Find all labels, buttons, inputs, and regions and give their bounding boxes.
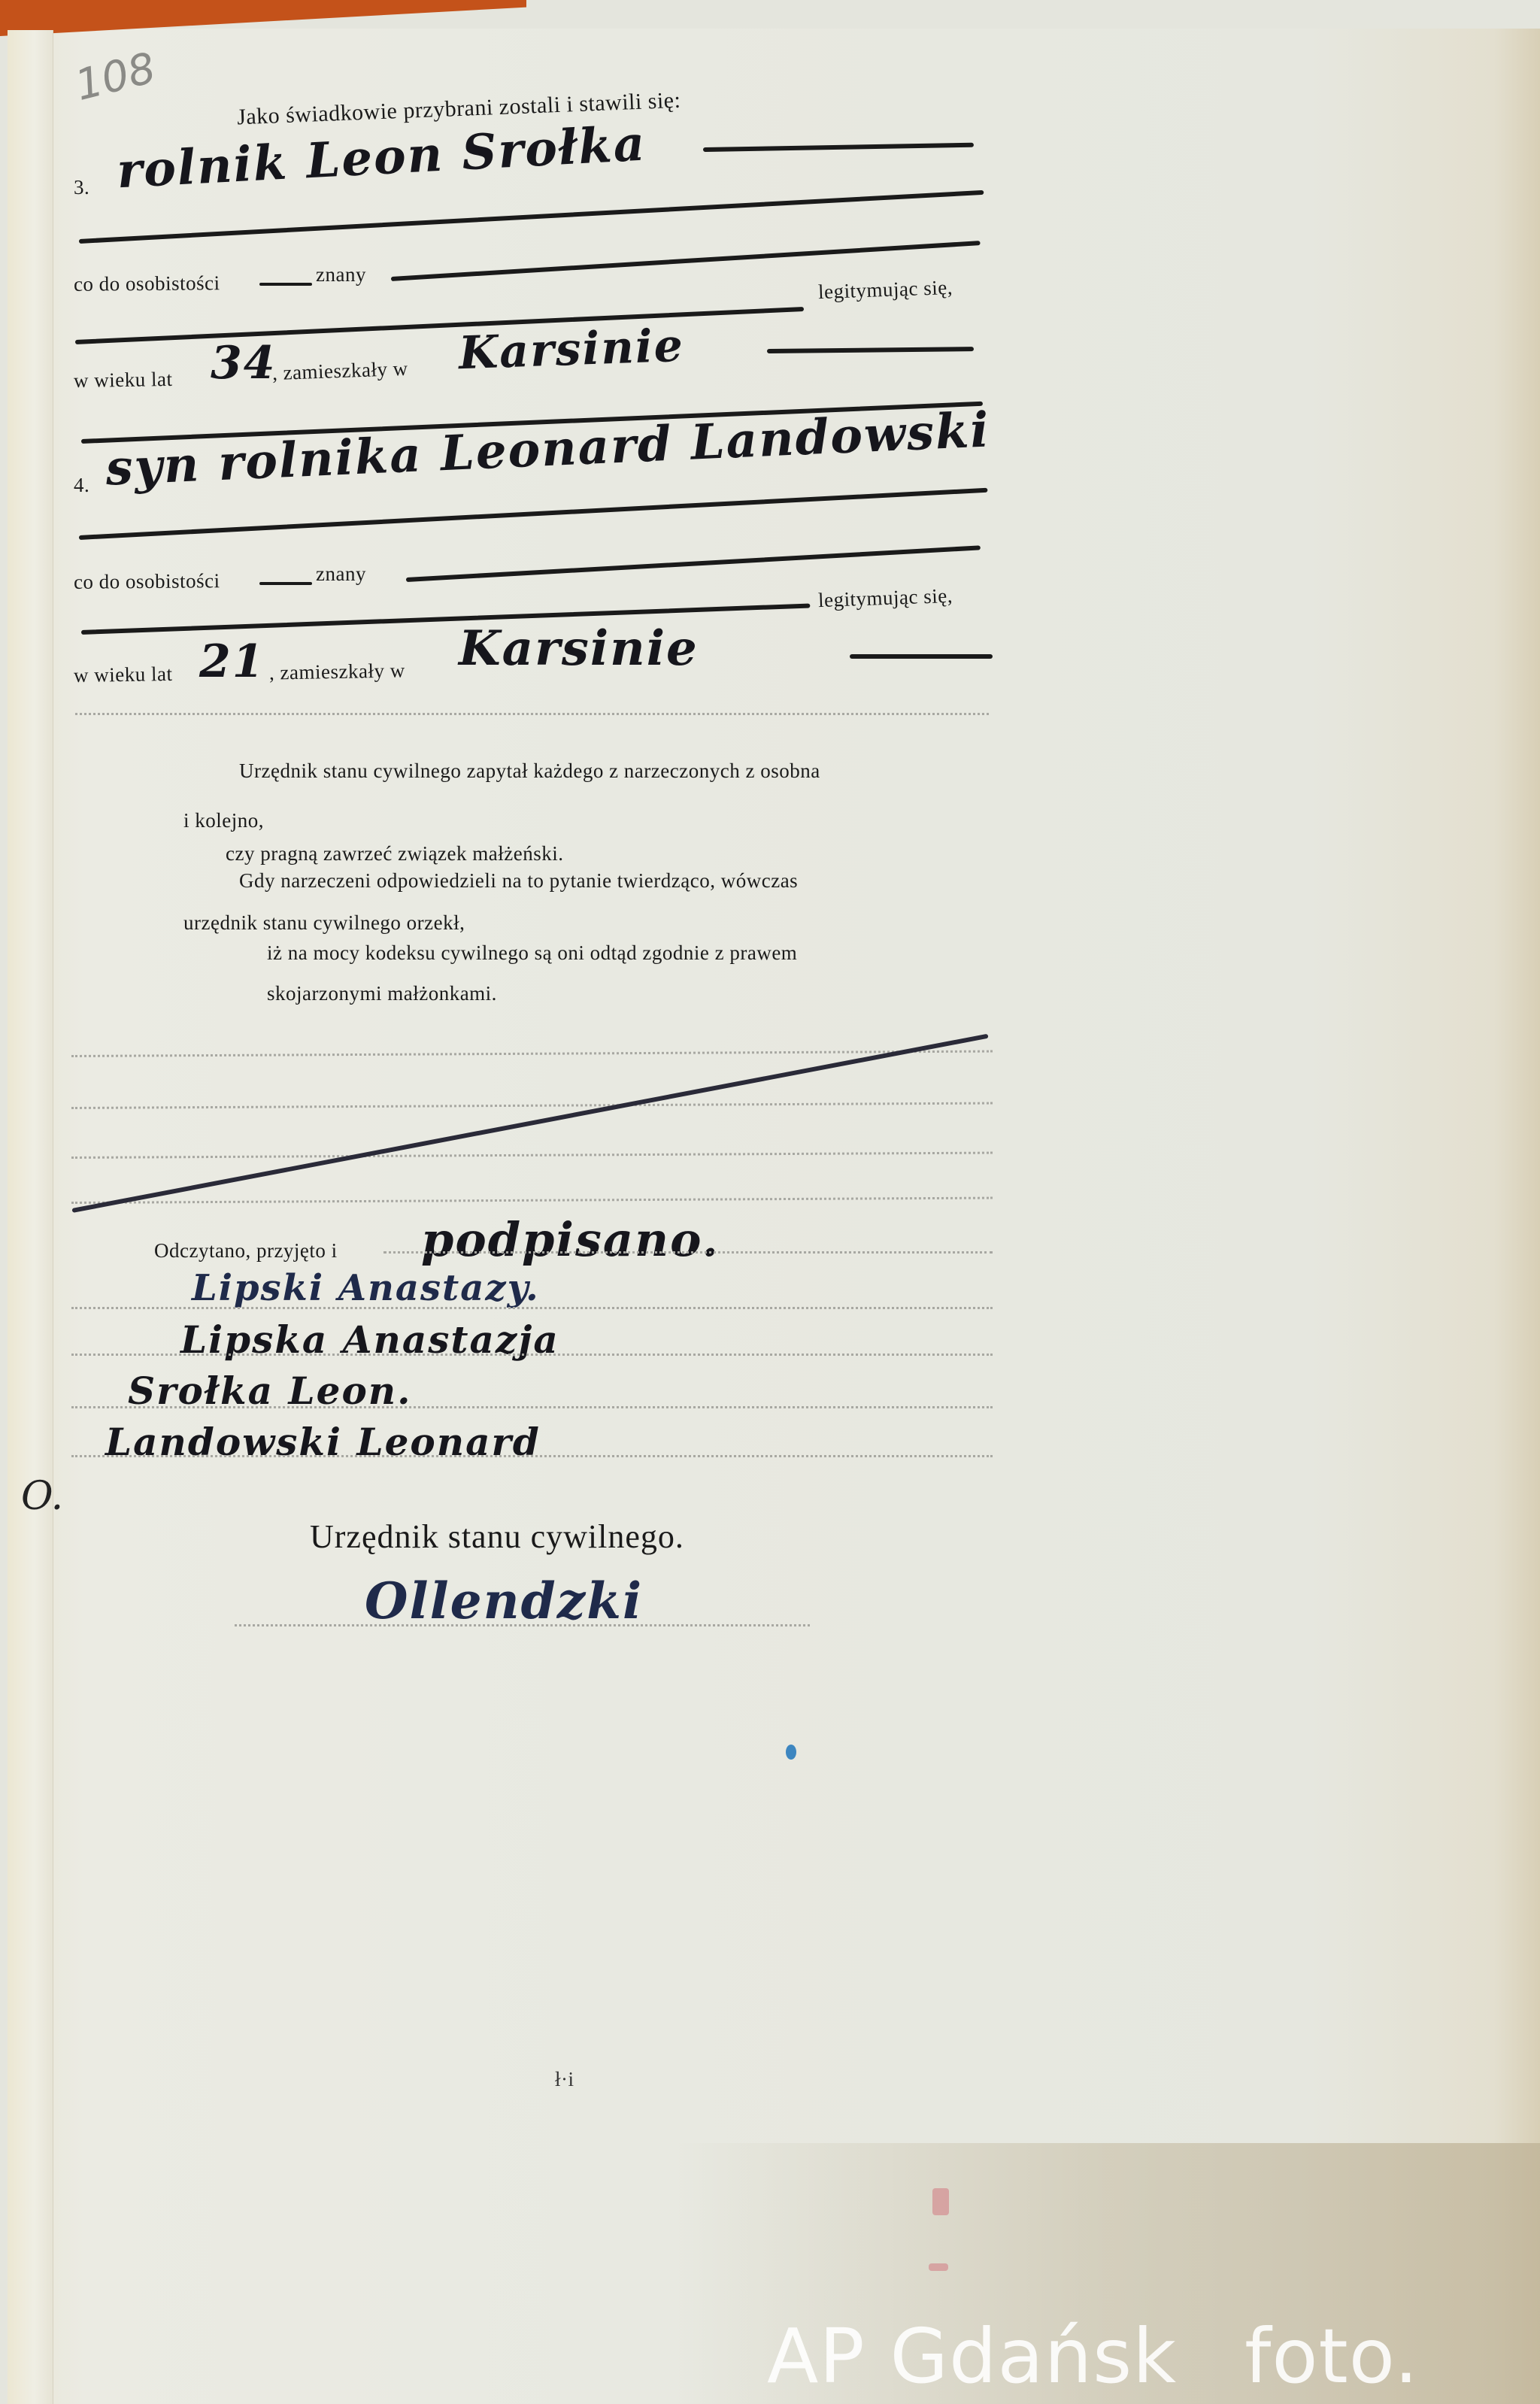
ceremony-line-6: iż na mocy kodeksu cywilnego są oni odtą… (267, 941, 797, 965)
witness-3-identity-value: znany (316, 263, 366, 286)
ink-spot (786, 1745, 796, 1760)
fill-line (850, 654, 993, 659)
witness-3-age: 34 (211, 337, 277, 390)
page-gutter (8, 30, 53, 2404)
watermark-left: AP Gdańsk (767, 2312, 1177, 2400)
dotted-line (71, 1406, 993, 1408)
ceremony-line-4: Gdy narzeczeni odpowiedzieli na to pytan… (239, 869, 798, 893)
witness-4-age: 21 (199, 635, 265, 688)
witness-3-age-label: w wieku lat (74, 368, 173, 393)
dotted-line (383, 1251, 993, 1254)
closing-label: Odczytano, przyjęto i (154, 1239, 338, 1263)
dotted-line (71, 1354, 993, 1356)
witness-4-residence: Karsinie (459, 620, 699, 677)
dotted-line (235, 1624, 810, 1626)
bottom-scribble: ł·i (555, 2068, 574, 2091)
witness-4-identity-value: znany (316, 562, 366, 586)
watermark-right: foto. (1244, 2312, 1419, 2400)
signature-1: Lipski Anastazy. (192, 1267, 540, 1309)
witness-4-identity-label: co do osobistości (74, 569, 220, 594)
witness-3-legit-label: legitymując się, (818, 276, 953, 304)
witness-4-number: 4. (74, 474, 89, 497)
witness-3-residence-label: , zamieszkały w (272, 357, 409, 385)
margin-mark: O. (21, 1474, 63, 1519)
fill-line (259, 283, 312, 286)
witness-4-age-label: w wieku lat (74, 662, 173, 687)
signature-4: Landowski Leonard (105, 1420, 541, 1464)
watermark: AP Gdańskfoto. (767, 2312, 1419, 2400)
ceremony-line-3: czy pragną zawrzeć związek małżeński. (226, 842, 564, 866)
official-title: Urzędnik stanu cywilnego. (310, 1517, 684, 1556)
dotted-line (71, 1307, 993, 1309)
red-stain (932, 2188, 949, 2215)
witness-3-number: 3. (74, 176, 89, 199)
fill-line (259, 582, 312, 585)
ceremony-line-5: urzędnik stanu cywilnego orzekł, (183, 911, 465, 935)
red-stain (929, 2263, 948, 2271)
witness-4-residence-label: , zamieszkały w (269, 659, 405, 684)
ceremony-line-1: Urzędnik stanu cywilnego zapytał każdego… (239, 759, 820, 783)
ceremony-line-2: i kolejno, (183, 809, 264, 832)
official-signature: Ollendzki (365, 1572, 643, 1630)
closing-handwritten: podpisano. (421, 1212, 720, 1267)
witness-3-residence: Karsinie (458, 320, 685, 380)
witness-3-identity-label: co do osobistości (74, 271, 220, 296)
dotted-line (71, 1455, 993, 1457)
dotted-line (75, 713, 989, 715)
ceremony-line-7: skojarzonymi małżonkami. (267, 982, 497, 1005)
witness-4-legit-label: legitymując się, (818, 584, 953, 612)
